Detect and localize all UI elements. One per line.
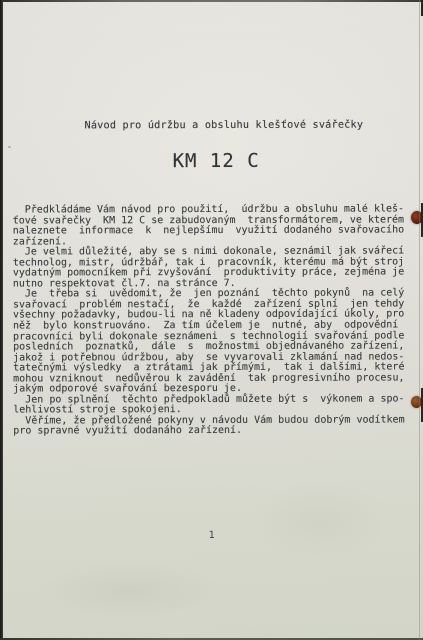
paragraph-satisfaction: Jen po splnění těchto předpokladů můžete… [13,394,413,416]
scan-edge-top [0,0,423,2]
model-heading: KM 12 C [173,150,260,172]
body-text: Předkládáme Vám návod pro použití, údržb… [13,204,414,437]
paragraph-intro: Předkládáme Vám návod pro použití, údržb… [13,204,413,247]
paragraph-requirements: Je třeba si uvědomit, že jen poznání těc… [13,289,413,396]
paragraph-importance: Je velmi důležité, aby se s nimi dokonal… [13,247,413,290]
scan-edge-left [0,0,3,640]
scanned-page: Návod pro údržbu a obsluhu klešťové svář… [0,0,423,640]
page-number: 1 [209,530,215,541]
document-title: Návod pro údržbu a obsluhu klešťové svář… [84,120,363,132]
paragraph-closing: Věříme, že předložené pokyny v návodu Vá… [13,415,413,437]
typed-content: Návod pro údržbu a obsluhu klešťové svář… [0,0,423,640]
paper-edge-line [419,0,420,640]
paper-speck [8,146,11,148]
